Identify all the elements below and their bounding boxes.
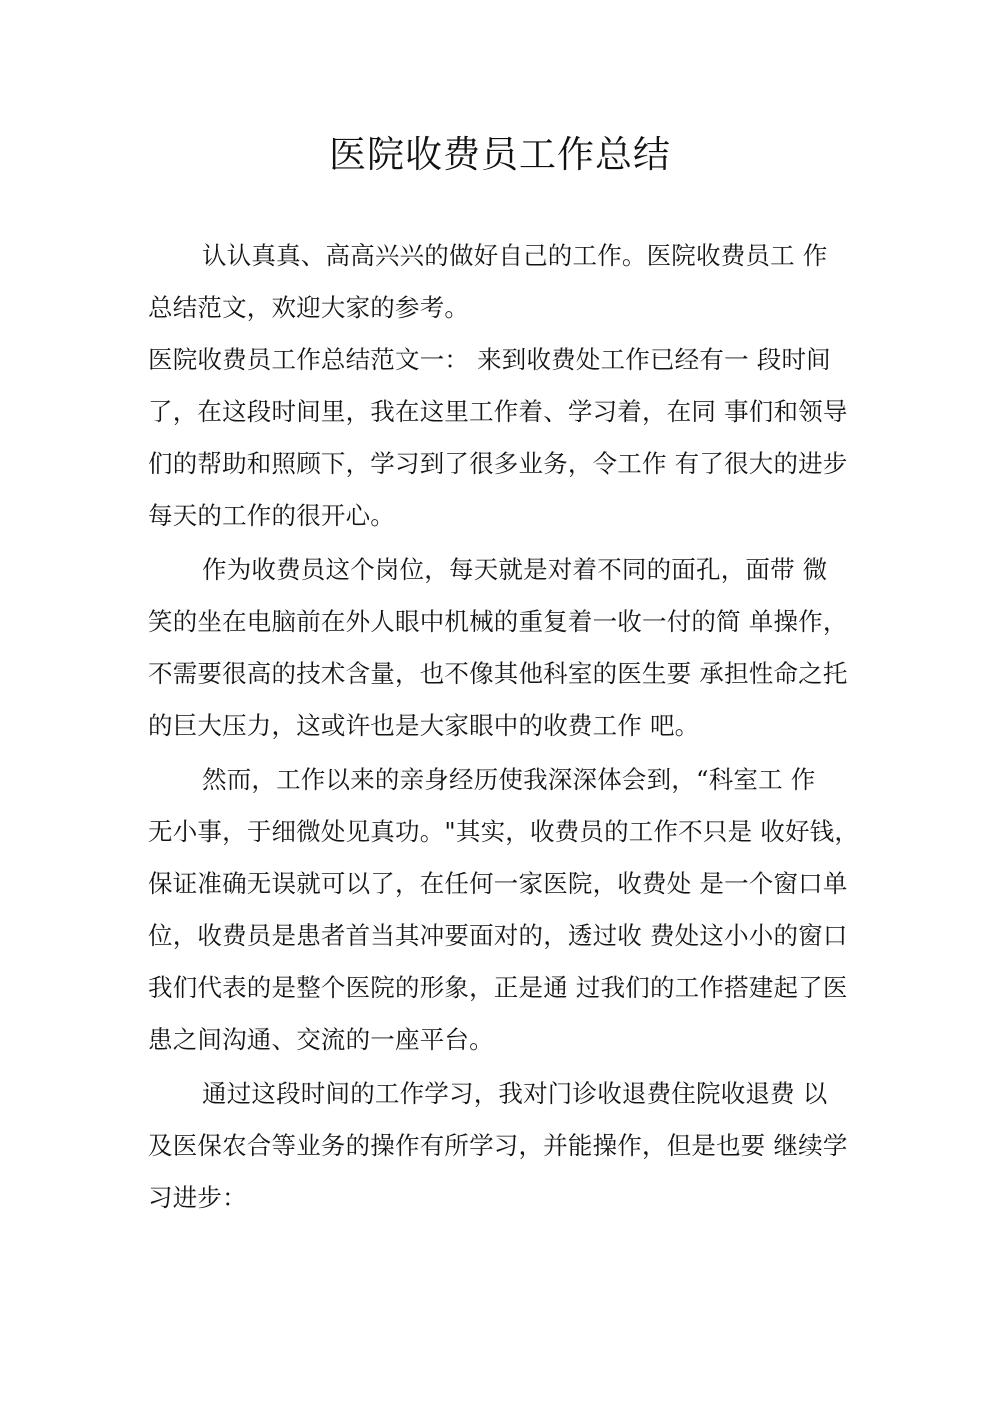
text-line: 们的帮助和照顾下，学习到了很多业务，令工作 有了很大的进步: [148, 448, 888, 480]
text-line: 及医保农合等业务的操作有所学习，并能操作，但是也要 继续学: [148, 1130, 888, 1162]
text-line: 笑的坐在电脑前在外人眼中机械的重复着一收一付的简 单操作，: [148, 606, 888, 638]
text-line: 无小事，于细微处见真功。"其实，收费员的工作不只是 收好钱，: [148, 816, 888, 848]
text-line: 每天的工作的很开心。: [148, 500, 888, 532]
text-line: 我们代表的是整个医院的形象，正是通 过我们的工作搭建起了医: [148, 972, 888, 1004]
text-line: 患之间沟通、交流的一座平台。: [148, 1024, 888, 1056]
text-line: 通过这段时间的工作学习，我对门诊收退费住院收退费 以: [202, 1078, 942, 1110]
document-page: 医院收费员工作总结 认认真真、高高兴兴的做好自己的工作。医院收费员工 作 总结范…: [0, 0, 1000, 1415]
document-title: 医院收费员工作总结: [0, 131, 1000, 179]
text-line: 了，在这段时间里，我在这里工作着、学习着，在同 事们和领导: [148, 396, 888, 428]
text-line: 位，收费员是患者首当其冲要面对的，透过收 费处这小小的窗口: [148, 920, 888, 952]
text-line: 保证准确无误就可以了，在任何一家医院，收费处 是一个窗口单: [148, 868, 888, 900]
text-line: 然而，工作以来的亲身经历使我深深体会到，“科室工 作: [202, 764, 942, 796]
text-line: 不需要很高的技术含量，也不像其他科室的医生要 承担性命之托: [148, 658, 888, 690]
text-line: 的巨大压力，这或许也是大家眼中的收费工作 吧。: [148, 710, 888, 742]
text-line: 认认真真、高高兴兴的做好自己的工作。医院收费员工 作: [202, 240, 942, 272]
text-line: 习进步：: [148, 1182, 888, 1214]
text-line: 总结范文，欢迎大家的参考。: [148, 292, 888, 324]
text-line: 医院收费员工作总结范文一： 来到收费处工作已经有一 段时间: [148, 344, 888, 376]
text-line: 作为收费员这个岗位，每天就是对着不同的面孔，面带 微: [202, 554, 942, 586]
